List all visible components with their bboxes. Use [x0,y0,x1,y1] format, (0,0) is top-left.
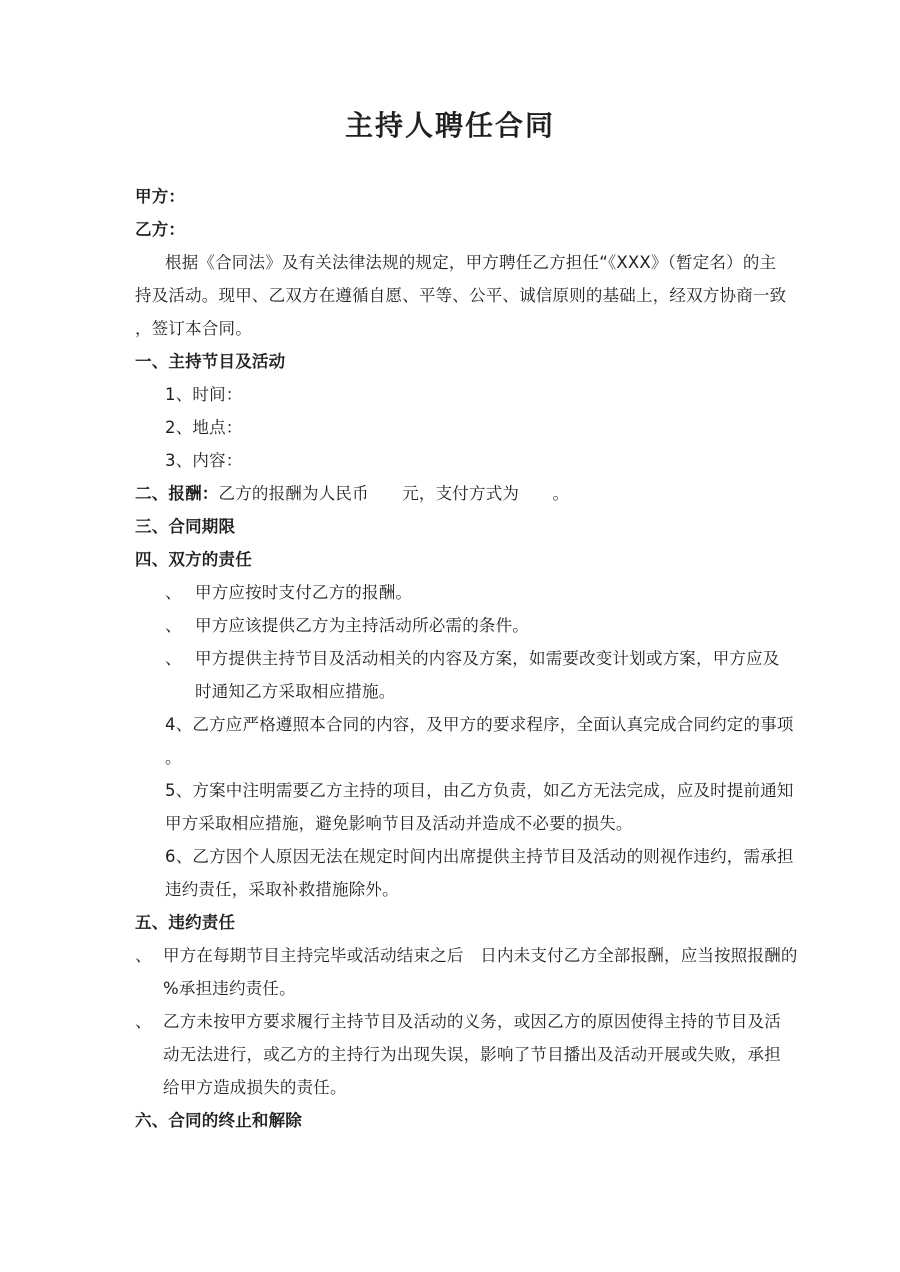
contract-line: 四、双方的责任 [135,543,765,576]
contract-line: 甲方采取相应措施，避免影响节目及活动并造成不必要的损失。 [165,807,765,840]
text-segment: 乙方： [135,220,185,239]
text-segment: 甲方提供主持节目及活动相关的内容及方案，如需要改变计划或方案，甲方应及 [195,649,780,668]
contract-line: 、甲方在每期节目主持完毕或活动结束之后 日内未支付乙方全部报酬，应当按照报酬的 [135,939,765,972]
list-bullet: 、 [165,642,195,675]
text-segment: 六、合同的终止和解除 [135,1111,302,1130]
text-segment: 根据《合同法》及有关法律法规的规定，甲方聘任乙方担任“《XXX》（暂定名）的主 [165,253,776,272]
contract-line: 5、方案中注明需要乙方主持的项目，由乙方负责，如乙方无法完成，应及时提前通知 [165,774,765,807]
text-segment: 6、乙方因个人原因无法在规定时间内出席提供主持节目及活动的则视作违约，需承担 [165,847,794,866]
contract-line: 给甲方造成损失的责任。 [163,1071,765,1104]
document-page: 主持人聘任合同 甲方：乙方：根据《合同法》及有关法律法规的规定，甲方聘任乙方担任… [0,0,900,1272]
text-segment: 持及活动。现甲、乙双方在遵循自愿、平等、公平、诚信原则的基础上，经双方协商一致 [135,286,786,305]
contract-line: 三、合同期限 [135,510,765,543]
text-segment: 甲方： [135,187,185,206]
text-segment: 乙方未按甲方要求履行主持节目及活动的义务，或因乙方的原因使得主持的节目及活 [163,1012,781,1031]
contract-line: 、乙方未按甲方要求履行主持节目及活动的义务，或因乙方的原因使得主持的节目及活 [135,1005,765,1038]
contract-line: 一、主持节目及活动 [135,345,765,378]
text-segment: 二、报酬： [135,484,219,503]
document-content: 甲方：乙方：根据《合同法》及有关法律法规的规定，甲方聘任乙方担任“《XXX》（暂… [0,180,900,1137]
text-segment: 时通知乙方采取相应措施。 [195,682,395,701]
text-segment: 。 [165,748,182,767]
document-title: 主持人聘任合同 [135,0,765,148]
contract-line: 、甲方提供主持节目及活动相关的内容及方案，如需要改变计划或方案，甲方应及 [165,642,765,675]
text-segment: 三、合同期限 [135,517,235,536]
contract-line: 二、报酬：乙方的报酬为人民币 元，支付方式为 。 [135,477,765,510]
text-segment: %承担违约责任。 [163,979,296,998]
contract-line: 乙方： [135,213,765,246]
contract-line: 6、乙方因个人原因无法在规定时间内出席提供主持节目及活动的则视作违约，需承担 [165,840,765,873]
text-segment: 四、双方的责任 [135,550,252,569]
contract-line: %承担违约责任。 [163,972,765,1005]
text-segment: 违约责任，采取补救措施除外。 [165,880,399,899]
contract-line: 根据《合同法》及有关法律法规的规定，甲方聘任乙方担任“《XXX》（暂定名）的主 [165,246,765,279]
text-segment: 一、主持节目及活动 [135,352,285,371]
text-segment: 4、乙方应严格遵照本合同的内容，及甲方的要求程序，全面认真完成合同约定的事项 [165,715,794,734]
contract-line: 甲方： [135,180,765,213]
contract-line: ，签订本合同。 [135,312,765,345]
text-segment: 3、内容： [165,451,243,470]
list-bullet: 、 [135,1005,163,1038]
contract-line: 动无法进行，或乙方的主持行为出现失误，影响了节目播出及活动开展或失败，承担 [163,1038,765,1071]
text-segment: 甲方应该提供乙方为主持活动所必需的条件。 [195,616,529,635]
text-segment: 动无法进行，或乙方的主持行为出现失误，影响了节目播出及活动开展或失败，承担 [163,1045,781,1064]
contract-line: 、甲方应按时支付乙方的报酬。 [165,576,765,609]
contract-line: 违约责任，采取补救措施除外。 [165,873,765,906]
text-segment: 1、时间： [165,385,243,404]
contract-line: 时通知乙方采取相应措施。 [195,675,765,708]
contract-line: 4、乙方应严格遵照本合同的内容，及甲方的要求程序，全面认真完成合同约定的事项 [165,708,765,741]
contract-line: 3、内容： [165,444,765,477]
list-bullet: 、 [165,609,195,642]
text-segment: 乙方的报酬为人民币 元，支付方式为 。 [219,484,570,503]
contract-line: 。 [165,741,765,774]
text-segment: 甲方采取相应措施，避免影响节目及活动并造成不必要的损失。 [165,814,633,833]
contract-line: 、甲方应该提供乙方为主持活动所必需的条件。 [165,609,765,642]
text-segment: 5、方案中注明需要乙方主持的项目，由乙方负责，如乙方无法完成，应及时提前通知 [165,781,794,800]
contract-line: 六、合同的终止和解除 [135,1104,765,1137]
list-bullet: 、 [135,939,163,972]
list-bullet: 、 [165,576,195,609]
text-segment: 五、违约责任 [135,913,235,932]
text-segment: 甲方在每期节目主持完毕或活动结束之后 日内未支付乙方全部报酬，应当按照报酬的 [163,946,798,965]
contract-line: 2、地点： [165,411,765,444]
contract-line: 五、违约责任 [135,906,765,939]
text-segment: 给甲方造成损失的责任。 [163,1078,347,1097]
text-segment: ，签订本合同。 [135,319,252,338]
contract-line: 持及活动。现甲、乙双方在遵循自愿、平等、公平、诚信原则的基础上，经双方协商一致 [135,279,765,312]
text-segment: 2、地点： [165,418,243,437]
text-segment: 甲方应按时支付乙方的报酬。 [195,583,412,602]
contract-line: 1、时间： [165,378,765,411]
